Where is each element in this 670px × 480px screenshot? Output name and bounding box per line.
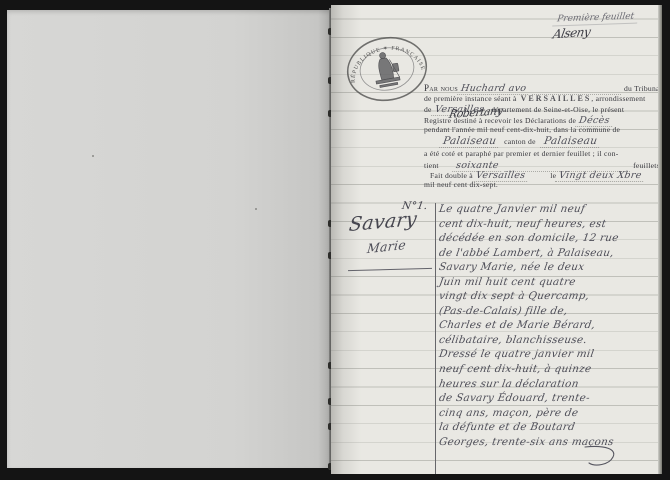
scanned-register-page: Première feuillet Alseny RÉPUBLIQUE ✶ FR… (0, 0, 670, 480)
printed-text: Fait double à (430, 171, 473, 180)
register-recto-page: Première feuillet Alseny RÉPUBLIQUE ✶ FR… (331, 5, 658, 474)
record-line: la défunte et de Boutard (438, 420, 576, 435)
record-line: Charles et de Marie Bérard, (438, 318, 596, 333)
record-line: neuf cent dix-huit, à quinze (438, 362, 593, 377)
record-line: vingt dix sept à Quercamp, (438, 289, 591, 304)
printed-text: du Tribunal (624, 84, 662, 93)
handwritten-fill: Palaiseau (540, 135, 601, 148)
versailles-rubber-stamp: VERSAILLES (521, 94, 592, 103)
printed-text: pendant l'année mil neuf cent-dix-huit, … (424, 125, 620, 134)
record-line: cent dix-huit, neuf heures, est (438, 217, 607, 232)
printed-text: de première instance séant à (424, 94, 517, 103)
page-stack-edge (658, 5, 662, 474)
form-line: de première instance séant à VERSAILLES … (424, 94, 662, 103)
record-line: décédée en son domicile, 12 rue (438, 231, 620, 246)
record-line: Le quatre Janvier mil neuf (438, 202, 586, 217)
printed-text: , arrondissement (591, 94, 645, 103)
republique-francaise-seal-stamp: RÉPUBLIQUE ✶ FRANÇAISE (339, 27, 436, 111)
paper-speck (92, 155, 94, 157)
record-line: de Savary Édouard, trente- (438, 391, 591, 406)
form-line: Palaiseau canton de Palaiseau (424, 135, 662, 148)
margin-separator-rule (435, 203, 436, 474)
record-line: cinq ans, maçon, père de (438, 406, 580, 421)
seal-figure (371, 50, 401, 88)
record-number: N°1. (401, 200, 429, 212)
record-line: heures sur la déclaration (438, 377, 580, 392)
form-line: mil neuf cent dix-sept. (424, 180, 662, 189)
handwritten-fill: Palaiseau (439, 135, 500, 148)
left-blank-page (7, 10, 331, 468)
clerk-signature-top: Alseny (552, 25, 592, 42)
printed-text: Par nous (424, 83, 458, 93)
form-line: a été coté et paraphé par premier et der… (424, 149, 662, 158)
form-line: pendant l'année mil neuf cent-dix-huit, … (424, 125, 662, 134)
record-line: célibataire, blanchisseuse. (438, 333, 588, 348)
record-line: de l'abbé Lambert, à Palaiseau, (438, 246, 615, 261)
death-record-text: Le quatre Janvier mil neuf cent dix-huit… (439, 202, 663, 449)
printed-text: , département de Seine-et-Oise, le prése… (487, 105, 624, 114)
printed-text: mil neuf cent dix-sept. (424, 180, 498, 189)
printed-text: a été coté et paraphé par premier et der… (424, 149, 619, 158)
printed-text: canton de (504, 137, 536, 146)
margin-note-surname: Savary (348, 208, 419, 236)
signature-flourish (583, 443, 623, 471)
record-line: Dressé le quatre janvier mil (438, 347, 595, 362)
record-line: (Pas-de-Calais) fille de, (438, 304, 569, 319)
margin-note-firstname: Marie (366, 237, 407, 256)
printed-text: tient (424, 161, 439, 170)
record-line: Savary Marie, née le deux (438, 260, 586, 275)
margin-note-underline (348, 268, 432, 271)
first-sheet-note: Première feuillet (552, 11, 639, 26)
record-line: Juin mil huit cent quatre (438, 275, 577, 290)
paper-speck (255, 208, 257, 210)
